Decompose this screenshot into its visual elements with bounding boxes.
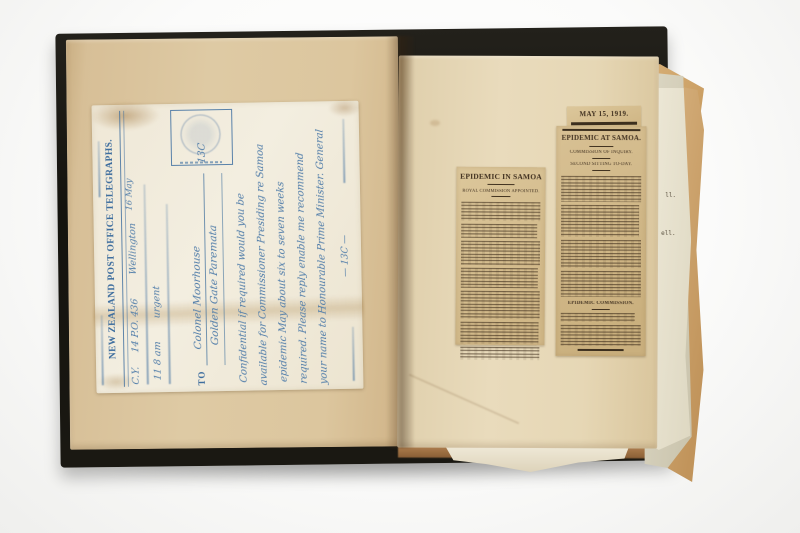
- telegram-form: NEW ZEALAND POST OFFICE TELEGRAPHS. C.Y.…: [92, 101, 364, 394]
- subhead-rule: [592, 170, 610, 171]
- clipping-body-text: [460, 202, 540, 361]
- foxing-spot: [430, 120, 440, 126]
- clipping-epidemic-in-samoa: EPIDEMIC IN SAMOA ROYAL COMMISSION APPOI…: [455, 167, 545, 346]
- top-rule: [562, 129, 640, 131]
- to-label: TO: [196, 371, 206, 386]
- form-fine-print: [143, 184, 148, 384]
- field-time: 11 8 am: [152, 341, 164, 381]
- field-office: Wellington: [127, 222, 139, 275]
- addressee-name: Colonel Moorhouse: [190, 245, 204, 350]
- addressee-address: Golden Gate Paremata: [207, 224, 221, 346]
- field-code: C.Y.: [130, 366, 141, 385]
- date-stamp-text: MAY 15, 1919.: [567, 110, 641, 119]
- photograph-of-open-scrapbook: ll. ell. NEW ZEALAND POST OFFICE TELEGRA…: [0, 0, 800, 533]
- gutter-shadow: [386, 36, 414, 448]
- clipping-body-text: [561, 313, 641, 346]
- message-line: your name to Honourable Prime Minister. …: [314, 129, 329, 385]
- headline-rule: [589, 146, 613, 147]
- date-stamp-rule: [571, 122, 637, 125]
- form-fine-print: [351, 327, 354, 381]
- message-line: required. Please reply enable me recomme…: [294, 152, 309, 384]
- clipping-headline: EPIDEMIC IN SAMOA: [459, 172, 544, 182]
- clipping-crosshead: EPIDEMIC COMMISSION.: [558, 301, 644, 306]
- clipping-headline: EPIDEMIC AT SAMOA.: [558, 134, 644, 142]
- clipping-date-stamp: MAY 15, 1919.: [567, 106, 641, 128]
- field-priority: urgent: [151, 285, 163, 318]
- headline-rule: [487, 184, 514, 185]
- footer-mark: — 13C —: [340, 234, 351, 277]
- typed-fragment: ll.: [665, 192, 676, 199]
- subhead-rule: [491, 196, 510, 197]
- clipping-subheadline: ROYAL COMMISSION APPOINTED.: [458, 188, 543, 194]
- clipping-subhead2: SECOND SITTING TO-DAY.: [558, 162, 644, 167]
- clipping-subhead1: COMMISSION OF INQUIRY.: [558, 150, 644, 155]
- field-date: 16 May: [124, 178, 135, 211]
- message-line: available for Commissioner Presiding re …: [254, 143, 269, 386]
- form-fine-print: [342, 119, 345, 183]
- field-number: 14 P.O. 436: [129, 298, 141, 353]
- form-fine-print: [165, 204, 170, 384]
- clipping-epidemic-at-samoa: EPIDEMIC AT SAMOA. COMMISSION OF INQUIRY…: [556, 126, 647, 356]
- typed-fragment: ell.: [661, 230, 675, 237]
- address-line: [221, 173, 225, 365]
- message-line: Confidential if required would you be: [235, 193, 249, 384]
- clipping-body-text: [561, 176, 641, 297]
- bottom-rule: [578, 349, 624, 351]
- telegram-header: NEW ZEALAND POST OFFICE TELEGRAPHS.: [104, 105, 119, 393]
- form-fine-print: [97, 141, 100, 197]
- crosshead-rule: [592, 309, 610, 310]
- message-line: epidemic May about six to seven weeks: [275, 181, 290, 383]
- word-count: 13C: [196, 142, 207, 164]
- form-fine-print: [100, 315, 103, 385]
- subhead-rule: [592, 158, 610, 159]
- telegram-paper: NEW ZEALAND POST OFFICE TELEGRAPHS. C.Y.…: [92, 101, 364, 394]
